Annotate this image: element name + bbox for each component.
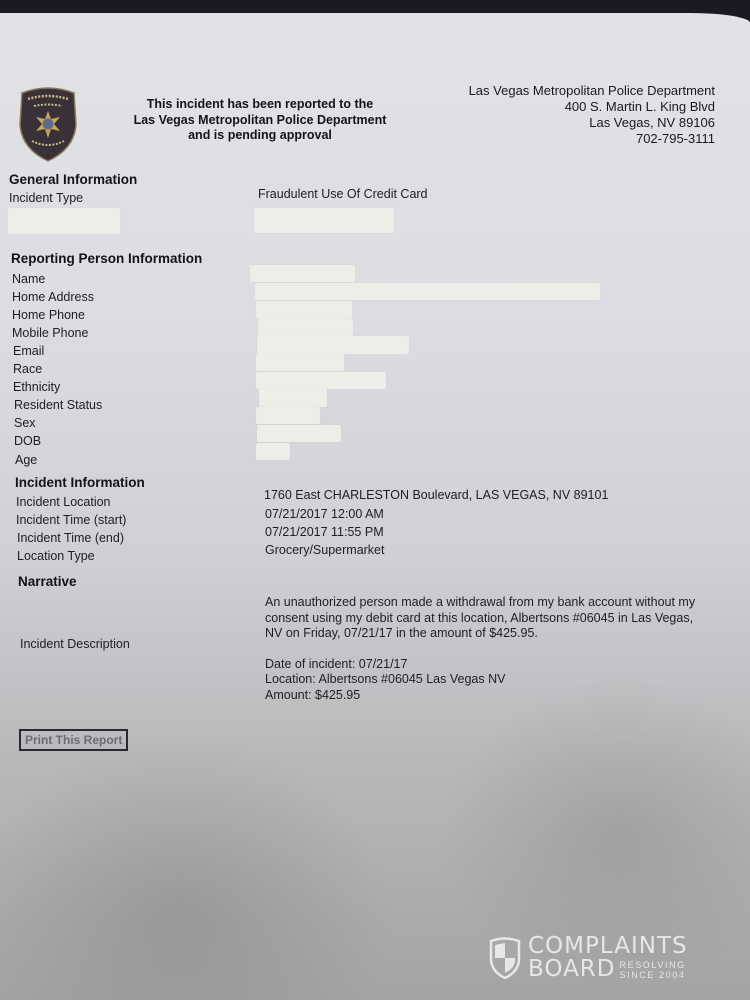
- redaction-dob: [257, 425, 341, 442]
- value-location-type: Grocery/Supermarket: [265, 543, 384, 557]
- redaction-sex: [256, 407, 320, 424]
- redaction-name: [250, 265, 355, 282]
- value-incident-time-start: 07/21/2017 12:00 AM: [265, 507, 384, 521]
- redaction-race: [256, 354, 344, 371]
- label-home-address: Home Address: [12, 290, 94, 304]
- print-report-button[interactable]: Print This Report: [19, 729, 128, 751]
- report-paper: This incident has been reported to the L…: [0, 13, 750, 1000]
- redaction-ethnicity: [256, 372, 386, 389]
- redaction-strip: [8, 208, 120, 234]
- description-paragraph: An unauthorized person made a withdrawal…: [265, 595, 725, 642]
- watermark-line2: BOARD: [528, 958, 616, 981]
- incident-description: An unauthorized person made a withdrawal…: [265, 595, 725, 718]
- label-race: Race: [13, 362, 42, 376]
- agency-name: Las Vegas Metropolitan Police Department: [415, 83, 715, 99]
- redaction-resident-status: [259, 389, 327, 407]
- description-summary: Date of incident: 07/21/17 Location: Alb…: [265, 657, 725, 704]
- agency-phone: 702-795-3111: [415, 131, 715, 147]
- summary-location: Location: Albertsons #06045 Las Vegas NV: [265, 672, 725, 688]
- redaction-home-phone: [256, 301, 352, 319]
- redaction-age: [256, 443, 290, 460]
- summary-amount: Amount: $425.95: [265, 688, 725, 704]
- label-dob: DOB: [14, 434, 41, 448]
- agency-city: Las Vegas, NV 89106: [415, 115, 715, 131]
- value-incident-time-end: 07/21/2017 11:55 PM: [265, 525, 384, 539]
- redaction-home-address: [255, 283, 600, 300]
- redaction-email: [257, 336, 409, 354]
- agency-street: 400 S. Martin L. King Blvd: [415, 99, 715, 115]
- shield-icon: [488, 936, 522, 980]
- section-narrative: Narrative: [18, 574, 77, 589]
- description-line: An unauthorized person made a withdrawal…: [265, 595, 725, 611]
- label-home-phone: Home Phone: [12, 308, 85, 322]
- section-general-information: General Information: [9, 172, 137, 187]
- label-name: Name: [12, 272, 45, 286]
- label-email: Email: [13, 344, 44, 358]
- label-sex: Sex: [14, 416, 36, 430]
- label-age: Age: [15, 453, 37, 467]
- description-line: consent using my debit card at this loca…: [265, 611, 725, 627]
- label-location-type: Location Type: [17, 549, 95, 563]
- label-incident-description: Incident Description: [20, 637, 130, 651]
- watermark-tag1: RESOLVING: [620, 960, 686, 970]
- complaints-board-watermark: COMPLAINTS BOARD RESOLVING SINCE 2004: [488, 935, 688, 981]
- redaction-mobile-phone: [258, 319, 353, 336]
- watermark-tag2: SINCE 2004: [620, 970, 686, 980]
- label-resident-status: Resident Status: [14, 398, 102, 412]
- section-reporting-person: Reporting Person Information: [11, 251, 202, 266]
- watermark-line1: COMPLAINTS: [528, 935, 688, 958]
- label-incident-time-end: Incident Time (end): [17, 531, 124, 545]
- agency-address: Las Vegas Metropolitan Police Department…: [415, 83, 715, 147]
- value-incident-location: 1760 East CHARLESTON Boulevard, LAS VEGA…: [264, 488, 608, 502]
- notice-line: and is pending approval: [110, 128, 410, 144]
- pending-approval-notice: This incident has been reported to the L…: [110, 97, 410, 144]
- police-badge-icon: [16, 85, 80, 163]
- label-incident-time-start: Incident Time (start): [16, 513, 126, 527]
- summary-date: Date of incident: 07/21/17: [265, 657, 725, 673]
- value-incident-type: Fraudulent Use Of Credit Card: [258, 187, 428, 201]
- label-mobile-phone: Mobile Phone: [12, 326, 88, 340]
- label-incident-location: Incident Location: [16, 495, 111, 509]
- section-incident-information: Incident Information: [15, 475, 145, 490]
- description-line: NV on Friday, 07/21/17 in the amount of …: [265, 626, 725, 642]
- notice-line: This incident has been reported to the: [110, 97, 410, 113]
- label-ethnicity: Ethnicity: [13, 380, 60, 394]
- redaction-strip: [254, 208, 394, 233]
- label-incident-type: Incident Type: [9, 191, 83, 205]
- notice-line: Las Vegas Metropolitan Police Department: [110, 113, 410, 129]
